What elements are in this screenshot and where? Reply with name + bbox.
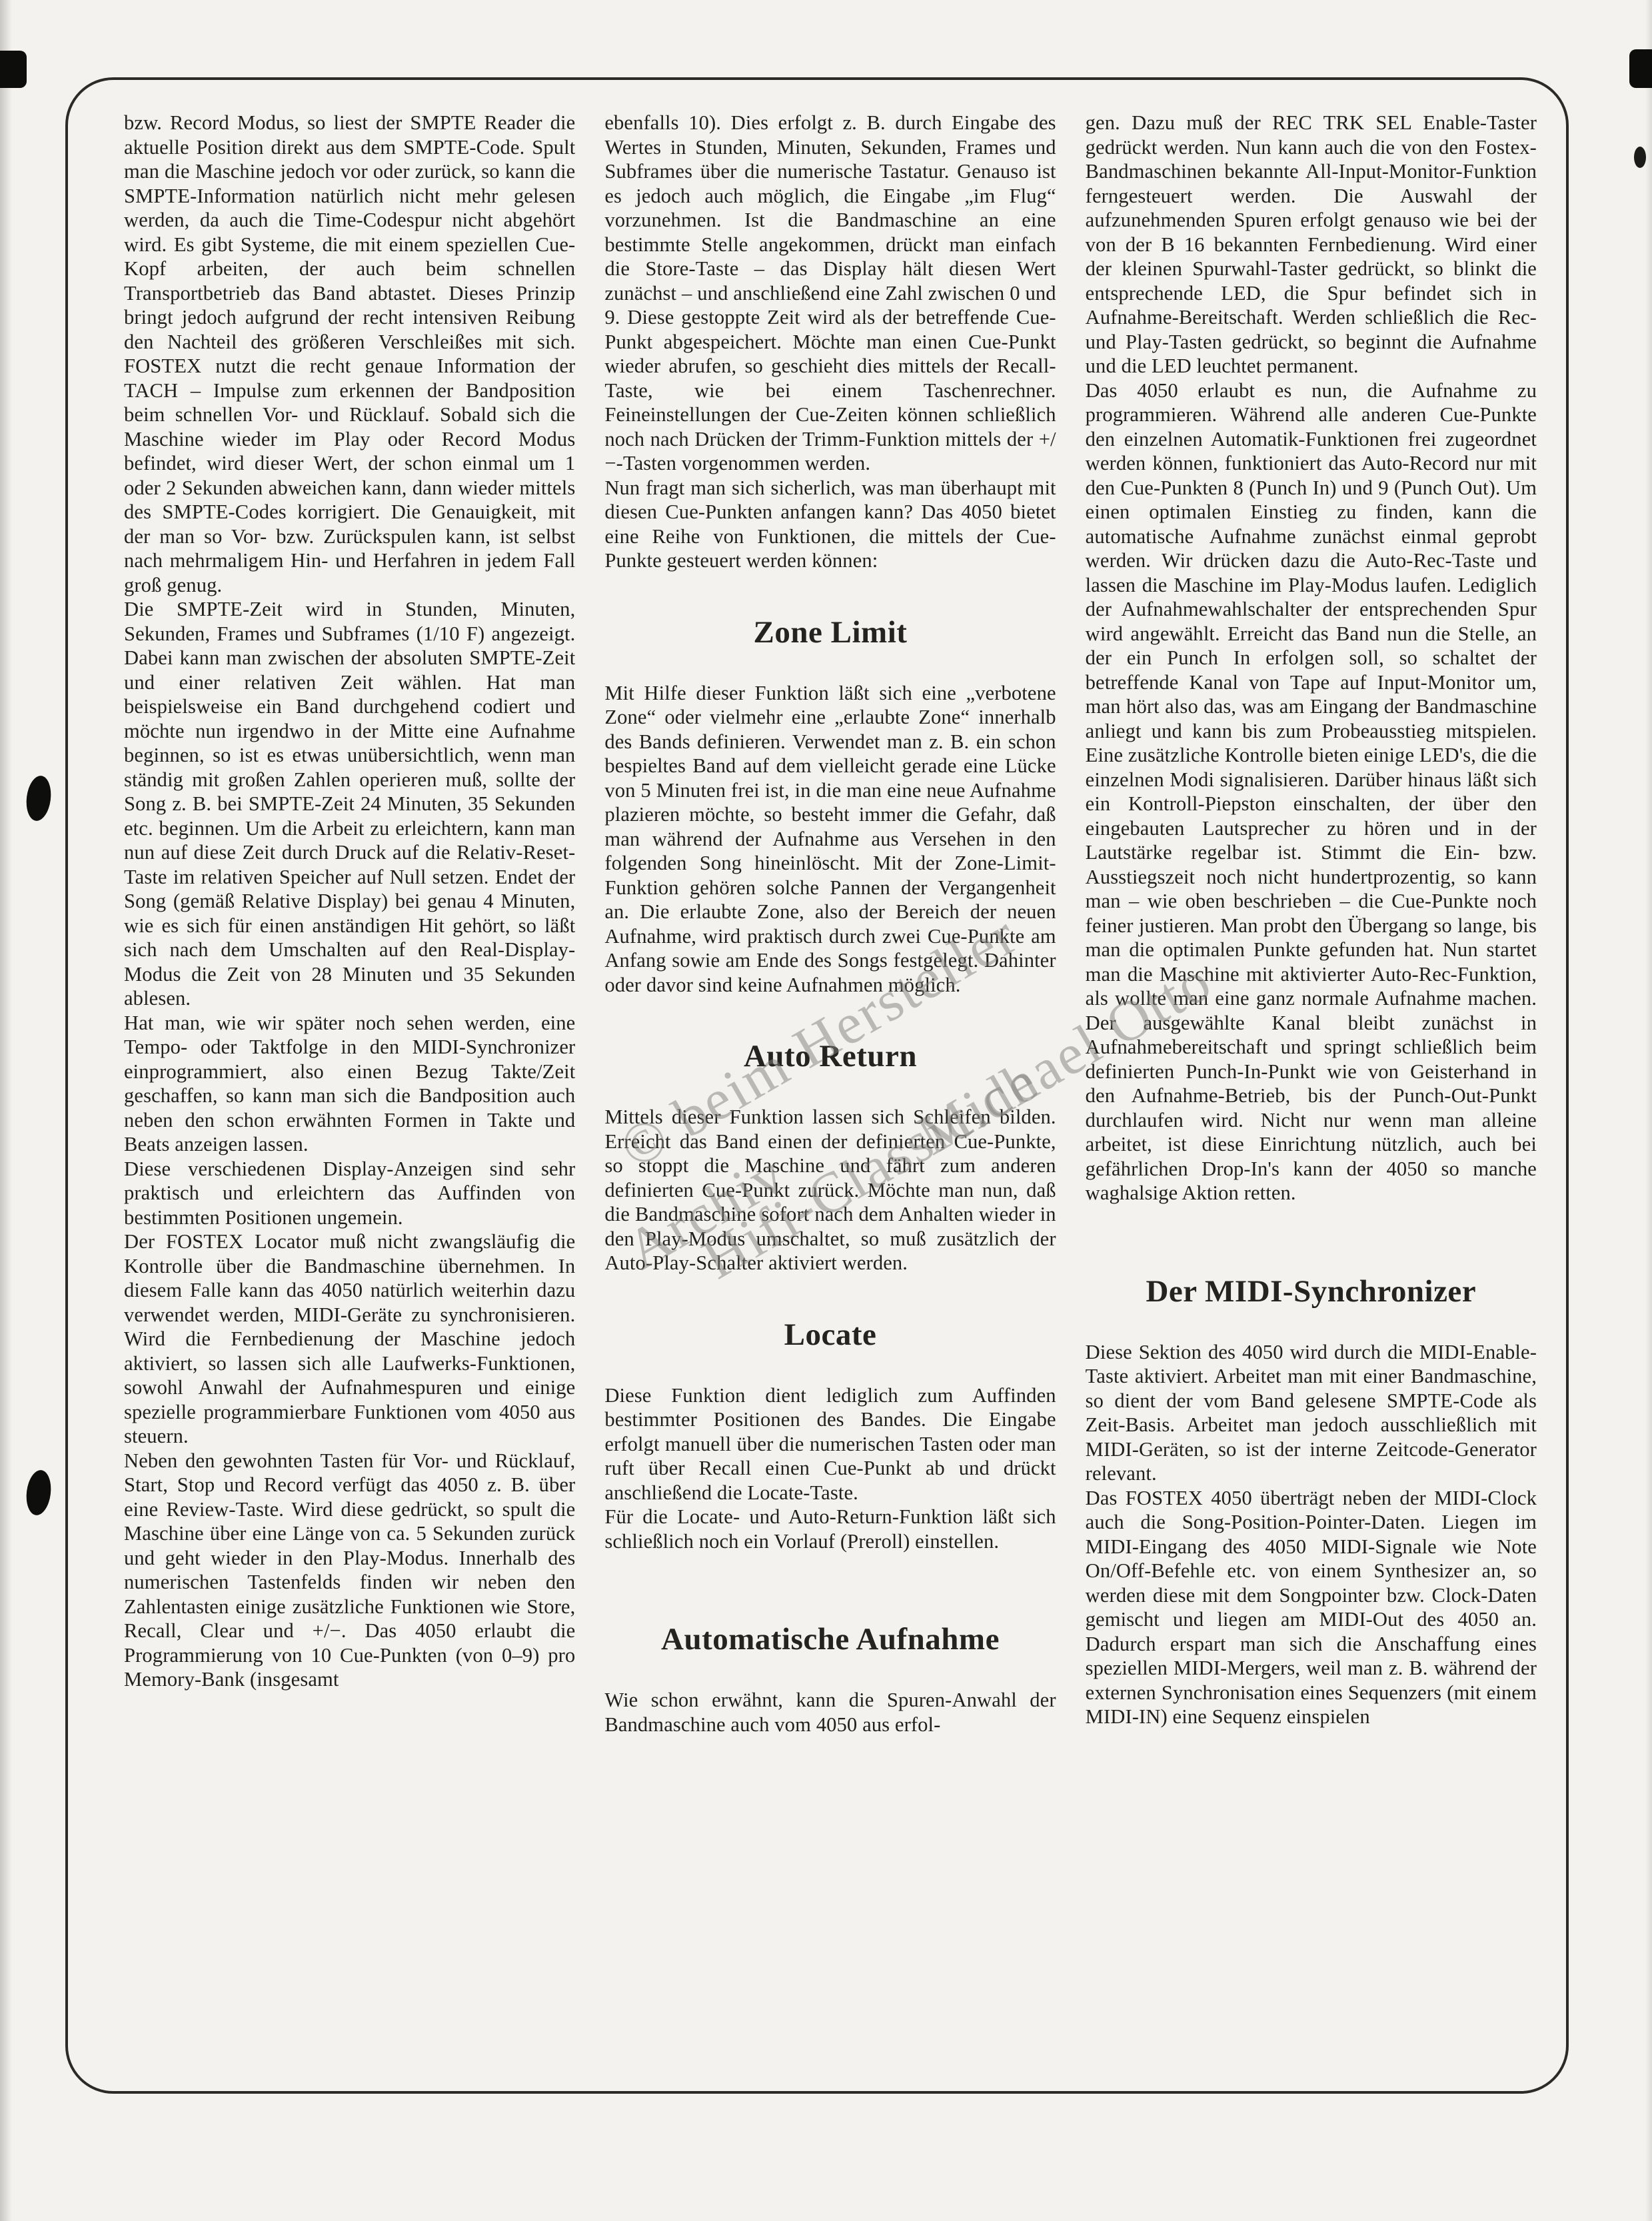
paragraph: Hat man, wie wir später noch sehen werde…: [124, 1011, 575, 1157]
section-heading-zone-limit: Zone Limit: [604, 614, 1056, 650]
section-heading-midi-synchronizer: Der MIDI-Synchronizer: [1086, 1273, 1537, 1309]
paragraph: Diese Sektion des 4050 wird durch die MI…: [1086, 1340, 1537, 1486]
paragraph: ebenfalls 10). Dies erfolgt z. B. durch …: [604, 111, 1056, 476]
paragraph: Wie schon erwähnt, kann die Spuren-Anwah…: [604, 1688, 1056, 1737]
paragraph: Für die Locate- und Auto-Return-Funktion…: [604, 1505, 1056, 1553]
paragraph: Mittels dieser Funktion lassen sich Schl…: [604, 1105, 1056, 1275]
text-column-1: bzw. Record Modus, so liest der SMPTE Re…: [124, 111, 575, 2074]
paragraph: bzw. Record Modus, so liest der SMPTE Re…: [124, 111, 575, 597]
scanned-document-page: { "document": { "language": "de", "water…: [0, 0, 1652, 2221]
paragraph: gen. Dazu muß der REC TRK SEL Enable-Tas…: [1086, 111, 1537, 378]
paragraph: Das FOSTEX 4050 überträgt neben der MIDI…: [1086, 1486, 1537, 1729]
paragraph: Diese Funktion dient lediglich zum Auffi…: [604, 1383, 1056, 1505]
paragraph: Nun fragt man sich sicherlich, was man ü…: [604, 476, 1056, 573]
scan-edge-shadow-left: [0, 0, 12, 2221]
punch-hole-upper: [24, 774, 53, 822]
scan-registration-mark-top-left: [0, 51, 27, 88]
paragraph: Diese verschiedenen Display-Anzeigen sin…: [124, 1157, 575, 1230]
paragraph: Das 4050 erlaubt es nun, die Aufnahme zu…: [1086, 378, 1537, 1205]
section-heading-locate: Locate: [604, 1317, 1056, 1353]
punch-hole-lower: [24, 1469, 53, 1517]
scan-registration-mark-top-right: [1629, 49, 1652, 88]
scan-mark-right-edge: [1634, 147, 1646, 168]
paragraph: Mit Hilfe dieser Funktion läßt sich eine…: [604, 681, 1056, 998]
text-column-3: gen. Dazu muß der REC TRK SEL Enable-Tas…: [1086, 111, 1537, 2074]
scan-edge-shadow-right: [1645, 0, 1652, 2221]
text-column-2: ebenfalls 10). Dies erfolgt z. B. durch …: [604, 111, 1056, 2074]
paragraph: Neben den gewohnten Tasten für Vor- und …: [124, 1449, 575, 1692]
section-heading-automatische-aufnahme: Automatische Aufnahme: [604, 1621, 1056, 1657]
section-heading-auto-return: Auto Return: [604, 1038, 1056, 1074]
paragraph: Der FOSTEX Locator muß nicht zwangsläufi…: [124, 1229, 575, 1449]
paragraph: Die SMPTE-Zeit wird in Stunden, Minuten,…: [124, 597, 575, 1011]
article-body: bzw. Record Modus, so liest der SMPTE Re…: [124, 111, 1537, 2074]
